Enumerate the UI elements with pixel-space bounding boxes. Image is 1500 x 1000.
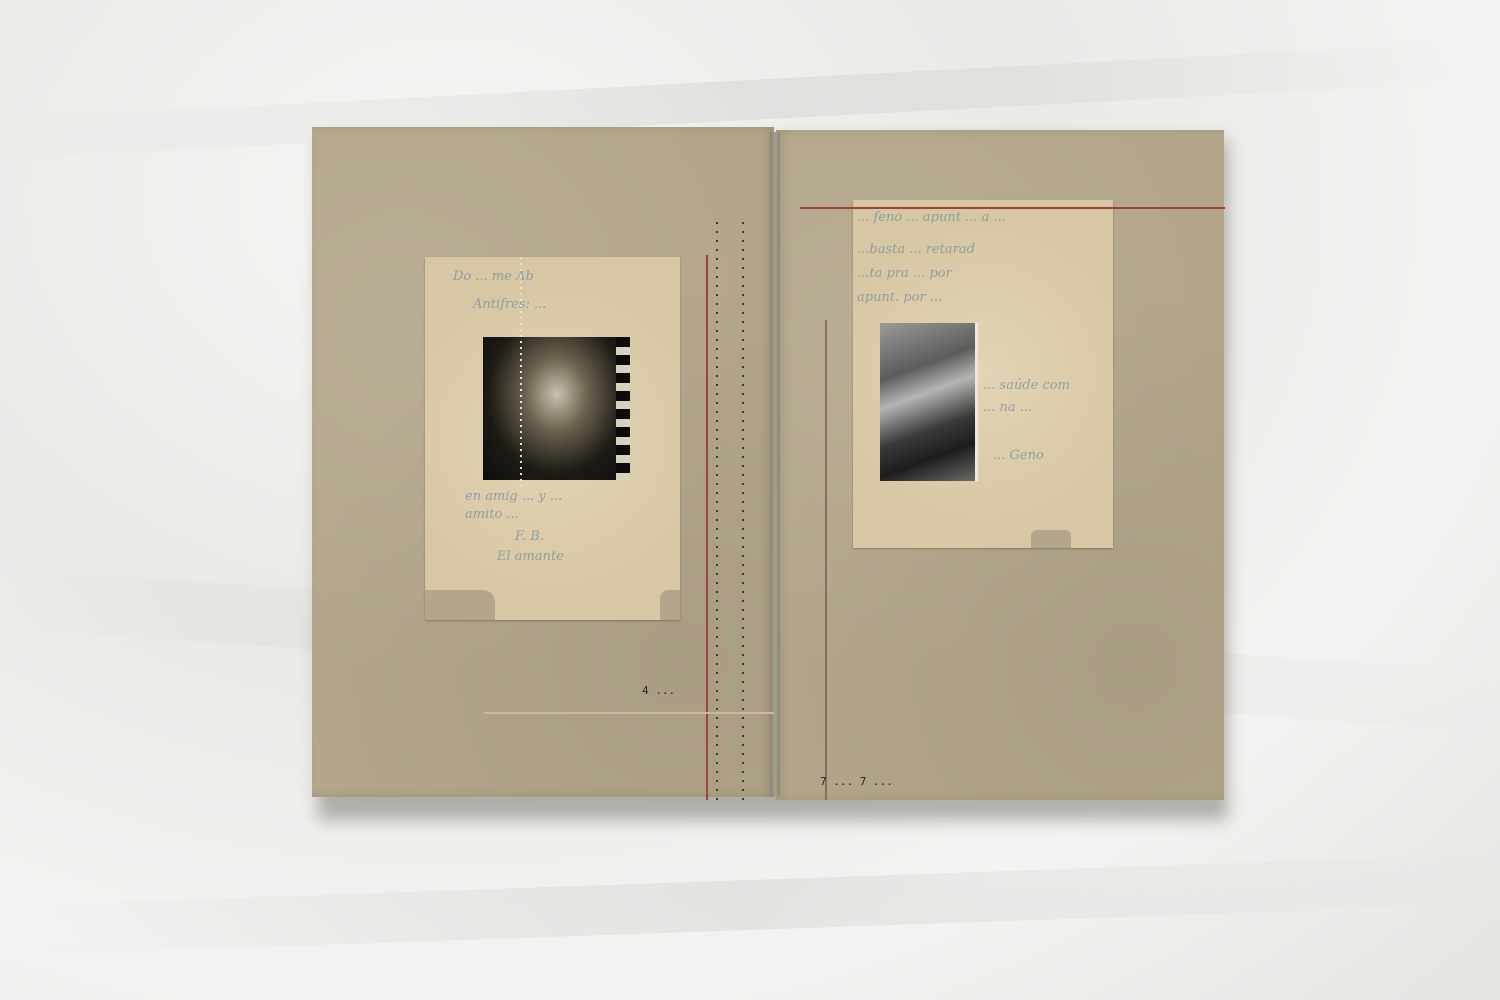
bw-photograph: [880, 323, 978, 481]
letter-line: ...ta pra ... por: [857, 266, 952, 281]
sepia-photograph: [483, 337, 630, 480]
book-gutter: [770, 132, 780, 796]
letter-line: ... na ...: [983, 400, 1032, 415]
page-stamp: 4 ...: [642, 684, 675, 697]
letter-line: ... Geno: [993, 448, 1044, 463]
red-thread: [800, 207, 1225, 209]
red-thread: [484, 712, 774, 714]
stitch-holes: [520, 257, 522, 487]
letter-line: ... saúde com: [983, 378, 1070, 393]
letter-line: en amig ... y ...: [465, 489, 562, 504]
letter-tear: [425, 590, 495, 620]
red-thread: [825, 320, 827, 800]
letter-tear: [1031, 530, 1071, 548]
letter-line: ... feno ... apunt ... a ...: [857, 210, 1006, 225]
page-stamp: 7 ... 7 ...: [820, 775, 893, 788]
letter-line: F. B.: [515, 529, 544, 544]
cloth-fold: [0, 854, 1500, 956]
letter-line: Antifres: ...: [473, 297, 546, 312]
stitch-holes: [742, 222, 744, 802]
letter-tear: [660, 590, 680, 620]
letter-line: amito ...: [465, 507, 519, 522]
letter-line: El amante: [497, 549, 564, 564]
stitch-holes: [716, 222, 718, 802]
letter-line: apunt. por ...: [857, 290, 942, 305]
letter-line: ...basta ... retarad: [857, 242, 975, 257]
film-strip-edge: [616, 337, 630, 480]
red-thread: [706, 255, 708, 800]
